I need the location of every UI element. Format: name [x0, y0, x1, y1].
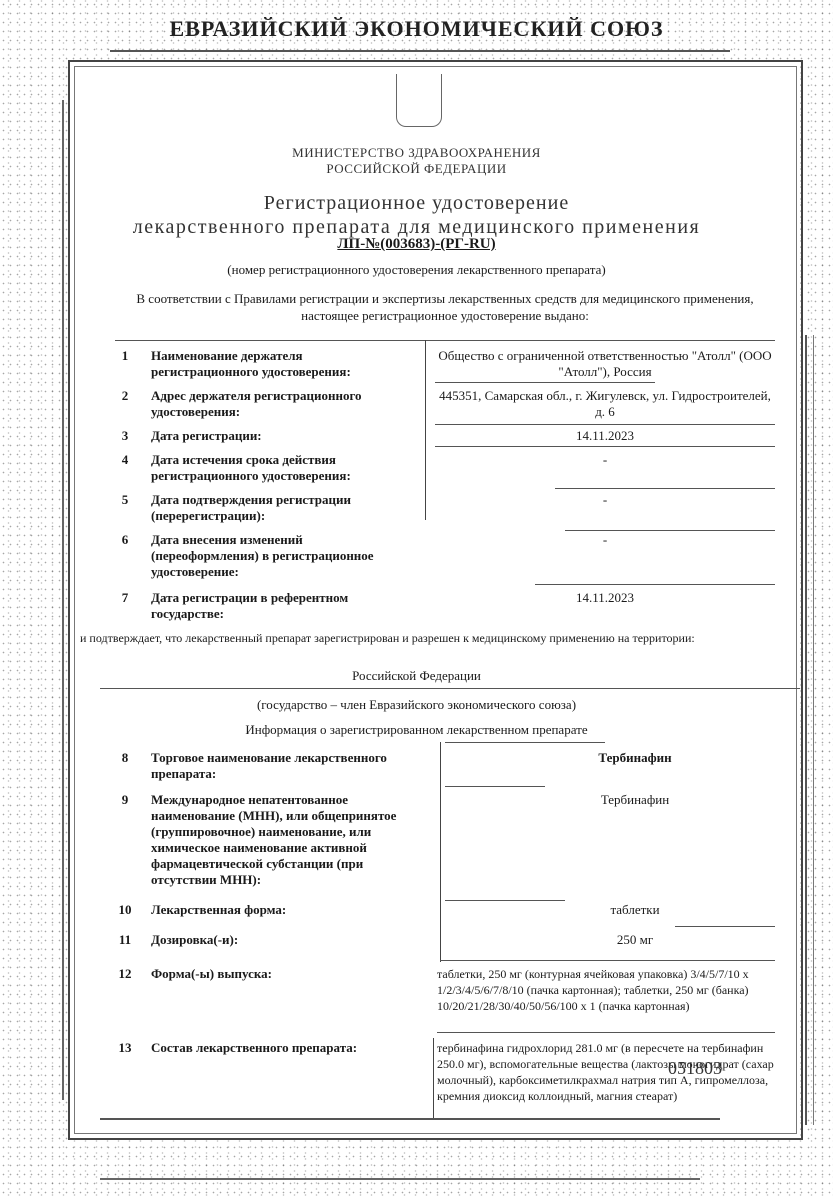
- table-rule: [440, 960, 775, 961]
- table-rule: [435, 446, 775, 447]
- table-rule: [115, 340, 775, 341]
- row-label: Адрес держателя регистрационного удостов…: [151, 388, 411, 420]
- table-rule: [437, 1032, 775, 1033]
- certificate-number-caption: (номер регистрационного удостоверения ле…: [0, 262, 833, 278]
- row-label: Дозировка(-и):: [151, 932, 411, 948]
- table-rule: [445, 900, 565, 901]
- table-rule: [675, 926, 775, 927]
- row-label: Наименование держателя регистрационного …: [151, 348, 411, 380]
- release-form-value: таблетки, 250 мг (контурная ячейковая уп…: [437, 966, 777, 1014]
- row-value: -: [435, 492, 775, 508]
- country-name: Российской Федерации: [0, 668, 833, 684]
- table-rule: [535, 584, 775, 585]
- row-number: 4: [115, 452, 135, 468]
- confirmation-text: и подтверждает, что лекарственный препар…: [80, 630, 800, 646]
- row-label: Дата подтверждения регистрации (перереги…: [151, 492, 411, 524]
- row-number: 1: [115, 348, 135, 364]
- bottom-frame-rule: [100, 1118, 720, 1120]
- coat-of-arms-icon: [396, 74, 442, 127]
- table-rule: [435, 382, 655, 383]
- certificate-title: Регистрационное удостоверение: [0, 192, 833, 215]
- ministry-name: МИНИСТЕРСТВО ЗДРАВООХРАНЕНИЯ РОССИЙСКОЙ …: [0, 145, 833, 177]
- row-number: 10: [115, 902, 135, 918]
- page-number: 051803: [668, 1058, 722, 1079]
- row-value: -: [435, 532, 775, 548]
- certificate-number: ЛП-№(003683)-(РГ-RU): [0, 236, 833, 253]
- table-rule: [555, 488, 775, 489]
- row-number: 2: [115, 388, 135, 404]
- row-number: 3: [115, 428, 135, 444]
- row-value: 14.11.2023: [435, 428, 775, 444]
- drug-info-title: Информация о зарегистрированном лекарств…: [0, 722, 833, 738]
- country-caption: (государство – член Евразийского экономи…: [0, 697, 833, 713]
- bottom-border-rule: [100, 1178, 700, 1180]
- title-rule: [110, 50, 730, 52]
- row-label: Международное непатентованное наименован…: [151, 792, 411, 888]
- table-rule: [445, 786, 545, 787]
- table-rule: [565, 530, 775, 531]
- column-divider: [440, 742, 441, 962]
- dosage-value: 250 мг: [515, 932, 755, 948]
- intro-paragraph: В соответствии с Правилами регистрации и…: [130, 290, 760, 324]
- row-value: -: [435, 452, 775, 468]
- row-label: Торговое наименование лекарственного пре…: [151, 750, 411, 782]
- row-label: Форма(-ы) выпуска:: [151, 966, 411, 982]
- row-label: Состав лекарственного препарата:: [151, 1040, 411, 1056]
- ministry-line-2: РОССИЙСКОЙ ФЕДЕРАЦИИ: [0, 161, 833, 177]
- row-number: 5: [115, 492, 135, 508]
- row-number: 13: [115, 1040, 135, 1056]
- row-label: Лекарственная форма:: [151, 902, 411, 918]
- row-number: 9: [115, 792, 135, 808]
- row-label: Дата внесения изменений (переоформления)…: [151, 532, 411, 580]
- row-number: 11: [115, 932, 135, 948]
- table-rule: [435, 424, 775, 425]
- inn-value: Тербинафин: [515, 792, 755, 808]
- row-label: Дата регистрации:: [151, 428, 411, 444]
- row-value: Общество с ограниченной ответственностью…: [435, 348, 775, 380]
- ministry-line-1: МИНИСТЕРСТВО ЗДРАВООХРАНЕНИЯ: [0, 145, 833, 161]
- row-value: 445351, Самарская обл., г. Жигулевск, ул…: [435, 388, 775, 420]
- row-number: 6: [115, 532, 135, 548]
- trade-name-value: Тербинафин: [515, 750, 755, 766]
- country-underline: [100, 688, 800, 689]
- row-number: 8: [115, 750, 135, 766]
- row-number: 12: [115, 966, 135, 982]
- row-number: 7: [115, 590, 135, 606]
- row-label: Дата истечения срока действия регистраци…: [151, 452, 411, 484]
- column-divider: [425, 340, 426, 520]
- row-value: 14.11.2023: [435, 590, 775, 606]
- certificate-number-text: ЛП-№(003683)-(РГ-RU): [337, 236, 495, 252]
- dosage-form-value: таблетки: [515, 902, 755, 918]
- column-divider: [433, 1038, 434, 1118]
- table-rule: [445, 742, 605, 743]
- composition-value: тербинафина гидрохлорид 281.0 мг (в пере…: [437, 1040, 777, 1104]
- row-label: Дата регистрации в референтном государст…: [151, 590, 411, 622]
- union-title: ЕВРАЗИЙСКИЙ ЭКОНОМИЧЕСКИЙ СОЮЗ: [0, 16, 833, 42]
